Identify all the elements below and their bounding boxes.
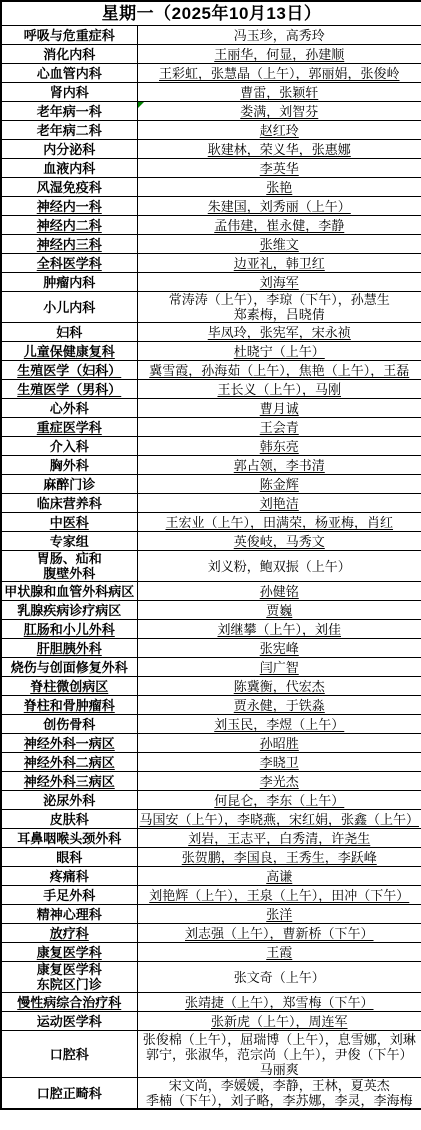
staff-cell: 李晓卫 <box>137 753 421 772</box>
table-row: 神经外科一病区孙昭胜 <box>1 734 421 753</box>
table-row: 泌尿外科何昆仑，李东（上午） <box>1 791 421 810</box>
table-row: 肝胆胰外科张宪峰 <box>1 639 421 658</box>
department-cell: 乳腺疾病诊疗病区 <box>1 601 137 620</box>
table-row: 呼吸与危重症科冯玉珍，高秀玲 <box>1 26 421 45</box>
department-cell: 老年病一科 <box>1 102 137 121</box>
staff-cell: 马国安（上午），李晓燕，宋红娟，张鑫（上午） <box>137 810 421 829</box>
staff-cell: 张洋 <box>137 905 421 924</box>
staff-cell: 张靖捷（上午），郑雪梅（下午） <box>137 993 421 1012</box>
department-cell: 创伤骨科 <box>1 715 137 734</box>
staff-cell: 刘继攀（上午），刘佳 <box>137 620 421 639</box>
table-row: 生殖医学（男科）王长义（上午），马刚 <box>1 380 421 399</box>
table-row: 放疗科刘志强（上午），曹新桥（下午） <box>1 924 421 943</box>
department-cell: 精神心理科 <box>1 905 137 924</box>
department-cell: 呼吸与危重症科 <box>1 26 137 45</box>
staff-cell: 常涛涛（上午），李琼（下午），孙慧生 郑素梅，吕晓倩 <box>137 292 421 323</box>
table-row: 内分泌科耿建林，荣义华，张惠娜 <box>1 140 421 159</box>
staff-cell: 刘义粉，鲍双振（上午） <box>137 551 421 582</box>
staff-cell: 陈冀衡，代宏杰 <box>137 677 421 696</box>
staff-cell: 张俊棉（上午），屈瑞博（上午），息雪娜，刘琳 郭宁，张淑华，范宗尚（上午），尹俊… <box>137 1031 421 1078</box>
table-row: 神经内三科张维文 <box>1 235 421 254</box>
table-row: 全科医学科边亚礼，韩卫红 <box>1 254 421 273</box>
staff-cell: 高谦 <box>137 867 421 886</box>
table-row: 疼痛科高谦 <box>1 867 421 886</box>
table-row: 临床营养科刘艳洁 <box>1 494 421 513</box>
department-cell: 烧伤与创面修复外科 <box>1 658 137 677</box>
staff-cell: 冀雪霞，孙海茹（上午），焦艳（上午），王磊 <box>137 361 421 380</box>
table-row: 麻醉门诊陈金辉 <box>1 475 421 494</box>
department-cell: 心外科 <box>1 399 137 418</box>
table-row: 康复医学科 东院区门诊张文奇（上午） <box>1 962 421 993</box>
department-cell: 儿童保健康复科 <box>1 342 137 361</box>
staff-cell: 王长义（上午），马刚 <box>137 380 421 399</box>
table-row: 妇科毕凤玲，张宪军，宋永祯 <box>1 323 421 342</box>
department-cell: 内分泌科 <box>1 140 137 159</box>
staff-cell: 贾永健，于铁淼 <box>137 696 421 715</box>
staff-cell: 娄满，刘智芬 <box>137 102 421 121</box>
staff-cell: 英俊岐，马秀文 <box>137 532 421 551</box>
department-cell: 临床营养科 <box>1 494 137 513</box>
staff-cell: 韩东亮 <box>137 437 421 456</box>
department-cell: 疼痛科 <box>1 867 137 886</box>
staff-cell: 耿建林，荣义华，张惠娜 <box>137 140 421 159</box>
staff-cell: 曹月诚 <box>137 399 421 418</box>
table-row: 眼科张贺鹏，李国良，王秀生，李跃峰 <box>1 848 421 867</box>
table-row: 康复医学科王霞 <box>1 943 421 962</box>
header-row: 星期一（2025年10月13日） <box>1 1 421 26</box>
department-cell: 生殖医学（妇科） <box>1 361 137 380</box>
department-cell: 口腔科 <box>1 1031 137 1078</box>
table-row: 创伤骨科刘玉民，李煜（上午） <box>1 715 421 734</box>
table-row: 神经内一科朱建国，刘秀丽（上午） <box>1 197 421 216</box>
staff-cell: 王彩虹，张慧晶（上午），郭丽娟，张俊岭 <box>137 64 421 83</box>
table-row: 肛肠和小儿外科刘继攀（上午），刘佳 <box>1 620 421 639</box>
department-cell: 口腔正畸科 <box>1 1078 137 1110</box>
staff-cell: 刘艳辉（上午），王泉（上午），田冲（下午） <box>137 886 421 905</box>
table-row: 神经外科三病区李光杰 <box>1 772 421 791</box>
table-row: 重症医学科王会青 <box>1 418 421 437</box>
table-row: 介入科韩东亮 <box>1 437 421 456</box>
department-cell: 消化内科 <box>1 45 137 64</box>
staff-cell: 何昆仑，李东（上午） <box>137 791 421 810</box>
table-row: 风湿免疫科张艳 <box>1 178 421 197</box>
staff-cell: 冯玉珍，高秀玲 <box>137 26 421 45</box>
department-cell: 肛肠和小儿外科 <box>1 620 137 639</box>
department-cell: 慢性病综合治疗科 <box>1 993 137 1012</box>
table-row: 胃肠、疝和 腹壁外科刘义粉，鲍双振（上午） <box>1 551 421 582</box>
department-cell: 甲状腺和血管外科病区 <box>1 582 137 601</box>
staff-cell: 陈金辉 <box>137 475 421 494</box>
table-row: 胸外科郭占领，李书清 <box>1 456 421 475</box>
staff-cell: 张宪峰 <box>137 639 421 658</box>
table-row: 老年病一科娄满，刘智芬 <box>1 102 421 121</box>
staff-cell: 李英华 <box>137 159 421 178</box>
table-row: 耳鼻咽喉头颈外科刘岩，王志平，白秀清，许尧生 <box>1 829 421 848</box>
staff-cell: 刘玉民，李煜（上午） <box>137 715 421 734</box>
staff-cell: 毕凤玲，张宪军，宋永祯 <box>137 323 421 342</box>
table-row: 脊柱和骨肿瘤科贾永健，于铁淼 <box>1 696 421 715</box>
department-cell: 胸外科 <box>1 456 137 475</box>
department-cell: 妇科 <box>1 323 137 342</box>
department-cell: 肝胆胰外科 <box>1 639 137 658</box>
staff-cell: 曹雷，张颖轩 <box>137 83 421 102</box>
table-row: 中医科王宏业（上午），田满荣，杨亚梅，肖红 <box>1 513 421 532</box>
staff-cell: 杜晓宁（上午） <box>137 342 421 361</box>
department-cell: 肾内科 <box>1 83 137 102</box>
department-cell: 皮肤科 <box>1 810 137 829</box>
table-row: 肾内科曹雷，张颖轩 <box>1 83 421 102</box>
department-cell: 神经外科三病区 <box>1 772 137 791</box>
staff-cell: 李光杰 <box>137 772 421 791</box>
table-row: 老年病二科赵红玲 <box>1 121 421 140</box>
table-row: 心血管内科王彩虹，张慧晶（上午），郭丽娟，张俊岭 <box>1 64 421 83</box>
table-row: 口腔正畸科宋文尚，李媛媛，李静，王林，夏英杰 季楠（下午），刘子略，李苏娜，李灵… <box>1 1078 421 1110</box>
staff-cell: 刘志强（上午），曹新桥（下午） <box>137 924 421 943</box>
table-row: 消化内科王丽华，何显，孙建顺 <box>1 45 421 64</box>
staff-cell: 王霞 <box>137 943 421 962</box>
department-cell: 运动医学科 <box>1 1012 137 1031</box>
table-row: 小儿内科常涛涛（上午），李琼（下午），孙慧生 郑素梅，吕晓倩 <box>1 292 421 323</box>
table-row: 专家组英俊岐，马秀文 <box>1 532 421 551</box>
department-cell: 泌尿外科 <box>1 791 137 810</box>
staff-cell: 刘海军 <box>137 273 421 292</box>
table-row: 口腔科张俊棉（上午），屈瑞博（上午），息雪娜，刘琳 郭宁，张淑华，范宗尚（上午）… <box>1 1031 421 1078</box>
department-cell: 脊柱和骨肿瘤科 <box>1 696 137 715</box>
table-row: 儿童保健康复科杜晓宁（上午） <box>1 342 421 361</box>
department-cell: 中医科 <box>1 513 137 532</box>
staff-cell: 孙健铭 <box>137 582 421 601</box>
comment-marker-triangle-icon <box>138 102 144 108</box>
table-row: 生殖医学（妇科）冀雪霞，孙海茹（上午），焦艳（上午），王磊 <box>1 361 421 380</box>
department-cell: 风湿免疫科 <box>1 178 137 197</box>
staff-cell: 刘艳洁 <box>137 494 421 513</box>
staff-cell: 边亚礼，韩卫红 <box>137 254 421 273</box>
staff-cell: 赵红玲 <box>137 121 421 140</box>
department-cell: 介入科 <box>1 437 137 456</box>
department-cell: 专家组 <box>1 532 137 551</box>
table-row: 甲状腺和血管外科病区孙健铭 <box>1 582 421 601</box>
staff-cell: 孙昭胜 <box>137 734 421 753</box>
department-cell: 脊柱微创病区 <box>1 677 137 696</box>
department-cell: 心血管内科 <box>1 64 137 83</box>
staff-cell: 张艳 <box>137 178 421 197</box>
table-row: 心外科曹月诚 <box>1 399 421 418</box>
staff-cell: 王宏业（上午），田满荣，杨亚梅，肖红 <box>137 513 421 532</box>
staff-cell: 宋文尚，李媛媛，李静，王林，夏英杰 季楠（下午），刘子略，李苏娜，李灵，李海梅 <box>137 1078 421 1110</box>
table-row: 神经内二科孟伟建，崔永健，李静 <box>1 216 421 235</box>
table-row: 肿瘤内科刘海军 <box>1 273 421 292</box>
staff-cell: 闫广智 <box>137 658 421 677</box>
department-cell: 康复医学科 <box>1 943 137 962</box>
department-cell: 神经内三科 <box>1 235 137 254</box>
duty-roster-table: 星期一（2025年10月13日） 呼吸与危重症科冯玉珍，高秀玲消化内科王丽华，何… <box>0 0 421 1110</box>
table-row: 手足外科刘艳辉（上午），王泉（上午），田冲（下午） <box>1 886 421 905</box>
staff-cell: 贾巍 <box>137 601 421 620</box>
staff-cell: 张贺鹏，李国良，王秀生，李跃峰 <box>137 848 421 867</box>
table-row: 乳腺疾病诊疗病区贾巍 <box>1 601 421 620</box>
department-cell: 手足外科 <box>1 886 137 905</box>
department-cell: 重症医学科 <box>1 418 137 437</box>
table-row: 神经外科二病区李晓卫 <box>1 753 421 772</box>
staff-cell: 孟伟建，崔永健，李静 <box>137 216 421 235</box>
staff-cell: 郭占领，李书清 <box>137 456 421 475</box>
department-cell: 耳鼻咽喉头颈外科 <box>1 829 137 848</box>
table-row: 慢性病综合治疗科张靖捷（上午），郑雪梅（下午） <box>1 993 421 1012</box>
staff-cell: 张维文 <box>137 235 421 254</box>
department-cell: 胃肠、疝和 腹壁外科 <box>1 551 137 582</box>
department-cell: 全科医学科 <box>1 254 137 273</box>
department-cell: 神经外科一病区 <box>1 734 137 753</box>
table-row: 运动医学科张新虎（上午），周连军 <box>1 1012 421 1031</box>
table-row: 皮肤科马国安（上午），李晓燕，宋红娟，张鑫（上午） <box>1 810 421 829</box>
department-cell: 生殖医学（男科） <box>1 380 137 399</box>
table-row: 烧伤与创面修复外科闫广智 <box>1 658 421 677</box>
department-cell: 神经内一科 <box>1 197 137 216</box>
staff-cell: 张文奇（上午） <box>137 962 421 993</box>
department-cell: 老年病二科 <box>1 121 137 140</box>
department-cell: 小儿内科 <box>1 292 137 323</box>
staff-cell: 朱建国，刘秀丽（上午） <box>137 197 421 216</box>
page-title: 星期一（2025年10月13日） <box>1 1 421 26</box>
staff-cell: 刘岩，王志平，白秀清，许尧生 <box>137 829 421 848</box>
staff-cell: 张新虎（上午），周连军 <box>137 1012 421 1031</box>
department-cell: 神经外科二病区 <box>1 753 137 772</box>
department-cell: 眼科 <box>1 848 137 867</box>
staff-cell: 王会青 <box>137 418 421 437</box>
table-row: 脊柱微创病区陈冀衡，代宏杰 <box>1 677 421 696</box>
roster-body: 呼吸与危重症科冯玉珍，高秀玲消化内科王丽华，何显，孙建顺心血管内科王彩虹，张慧晶… <box>1 26 421 1110</box>
department-cell: 放疗科 <box>1 924 137 943</box>
department-cell: 肿瘤内科 <box>1 273 137 292</box>
department-cell: 神经内二科 <box>1 216 137 235</box>
department-cell: 康复医学科 东院区门诊 <box>1 962 137 993</box>
table-row: 血液内科李英华 <box>1 159 421 178</box>
department-cell: 血液内科 <box>1 159 137 178</box>
staff-cell: 王丽华，何显，孙建顺 <box>137 45 421 64</box>
department-cell: 麻醉门诊 <box>1 475 137 494</box>
table-row: 精神心理科张洋 <box>1 905 421 924</box>
